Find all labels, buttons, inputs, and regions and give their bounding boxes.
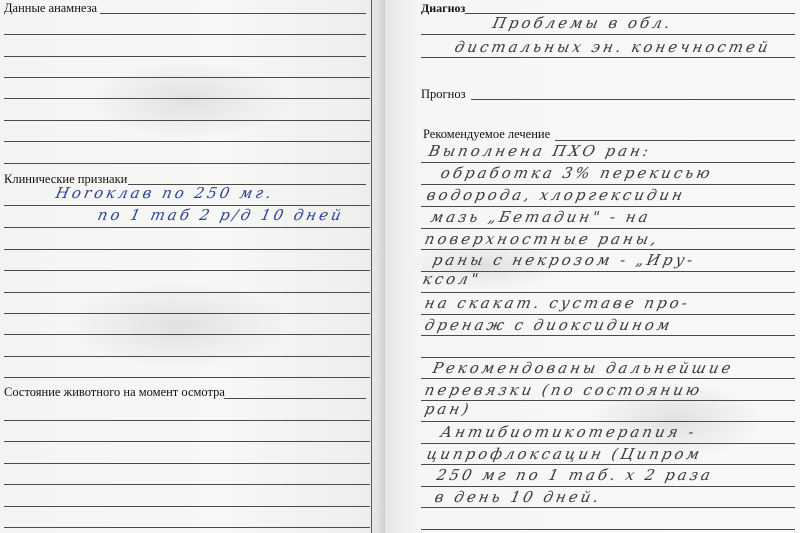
treatment-entry: мазь „Бетадин" - на	[429, 208, 653, 226]
prognosis-label: Прогноз	[421, 87, 466, 101]
clinical-signs-field-line[interactable]	[4, 334, 370, 335]
diagnosis-field-line[interactable]	[421, 57, 795, 58]
treatment-entry: водорода, хлоргексидин	[425, 186, 687, 204]
treatment-field-line[interactable]	[421, 464, 795, 465]
animal-condition-field-line[interactable]	[4, 484, 370, 485]
treatment-field-line[interactable]	[555, 140, 795, 141]
diagnosis-label: Диагноз	[421, 1, 465, 15]
treatment-entry: 250 мг по 1 таб. x 2 раза	[435, 466, 715, 484]
treatment-field-line[interactable]	[421, 486, 795, 487]
anamnesis-field-line[interactable]	[4, 141, 370, 142]
treatment-field-line[interactable]	[421, 314, 795, 315]
treatment-field-line[interactable]	[421, 162, 795, 163]
prognosis-field-line[interactable]	[471, 99, 795, 100]
diagnosis-field-line[interactable]	[421, 34, 795, 35]
treatment-entry: Рекомендованы дальнейшие	[431, 359, 735, 377]
left-page: Данные анамнеза Клинические признаки Ноr…	[0, 0, 372, 533]
treatment-entry: в день 10 дней.	[433, 488, 603, 506]
anamnesis-field-line[interactable]	[100, 13, 366, 14]
treatment-field-line[interactable]	[421, 529, 795, 530]
paper-smudge	[90, 60, 290, 140]
treatment-entry: ксол"	[421, 270, 483, 288]
treatment-field-line[interactable]	[421, 400, 795, 401]
animal-condition-field-line[interactable]	[4, 527, 370, 528]
anamnesis-field-line[interactable]	[4, 163, 370, 164]
treatment-entry: Антибиотикотерапия -	[439, 423, 698, 441]
animal-condition-field-line[interactable]	[4, 463, 370, 464]
treatment-field-line[interactable]	[421, 507, 795, 508]
treatment-field-line[interactable]	[421, 443, 795, 444]
clinical-signs-field-line[interactable]	[4, 249, 370, 250]
treatment-field-line[interactable]	[421, 206, 795, 207]
anamnesis-field-line[interactable]	[4, 56, 366, 57]
anamnesis-field-line[interactable]	[4, 34, 366, 35]
treatment-entry: Выполнена ПХО ран:	[427, 142, 653, 160]
clinical-signs-field-line[interactable]	[4, 270, 370, 271]
treatment-field-line[interactable]	[421, 335, 795, 336]
treatment-entry: поверхностные раны,	[423, 230, 661, 248]
treatment-entry: обработка 3% перекисью	[439, 164, 715, 182]
animal-condition-field-line[interactable]	[224, 398, 366, 399]
treatment-field-line[interactable]	[421, 228, 795, 229]
diagnosis-entry: Проблемы в обл.	[491, 14, 675, 32]
clinical-signs-entry: Ноrоклав по 250 мг.	[54, 184, 276, 202]
treatment-field-line[interactable]	[421, 249, 795, 250]
clinical-signs-entry: по 1 таб 2 р/д 10 дней	[96, 206, 346, 224]
diagnosis-entry: дистальных эн. конечностей	[453, 38, 773, 56]
treatment-entry: дренаж с диоксидином	[423, 316, 674, 334]
treatment-entry: перевязки (по состоянию	[423, 381, 704, 399]
treatment-field-line[interactable]	[421, 421, 795, 422]
anamnesis-label: Данные анамнеза	[4, 1, 97, 15]
animal-condition-field-line[interactable]	[4, 420, 370, 421]
treatment-field-line[interactable]	[421, 378, 795, 379]
treatment-entry: ран)	[423, 400, 473, 418]
treatment-entry: раны с некрозом - „Иру-	[431, 251, 697, 269]
treatment-field-line[interactable]	[421, 292, 795, 293]
treatment-field-line[interactable]	[421, 357, 795, 358]
anamnesis-field-line[interactable]	[4, 120, 370, 121]
anamnesis-field-line[interactable]	[4, 77, 370, 78]
clinical-signs-field-line[interactable]	[4, 377, 370, 378]
anamnesis-field-line[interactable]	[4, 98, 370, 99]
clinical-signs-field-line[interactable]	[4, 292, 370, 293]
animal-condition-field-line[interactable]	[4, 441, 370, 442]
treatment-entry: ципрофлоксацин (Ципром	[425, 445, 704, 463]
animal-condition-label: Состояние животного на момент осмотра	[4, 385, 225, 399]
animal-condition-field-line[interactable]	[4, 506, 370, 507]
right-page: Диагноз Проблемы в обл. дистальных эн. к…	[385, 0, 800, 533]
clinical-signs-field-line[interactable]	[4, 313, 370, 314]
treatment-field-line[interactable]	[421, 184, 795, 185]
treatment-entry: на скакат. суставе про-	[423, 294, 692, 312]
clinical-signs-field-line[interactable]	[4, 356, 370, 357]
clinical-signs-field-line[interactable]	[4, 227, 370, 228]
treatment-label: Рекомендуемое лечение	[423, 127, 550, 141]
